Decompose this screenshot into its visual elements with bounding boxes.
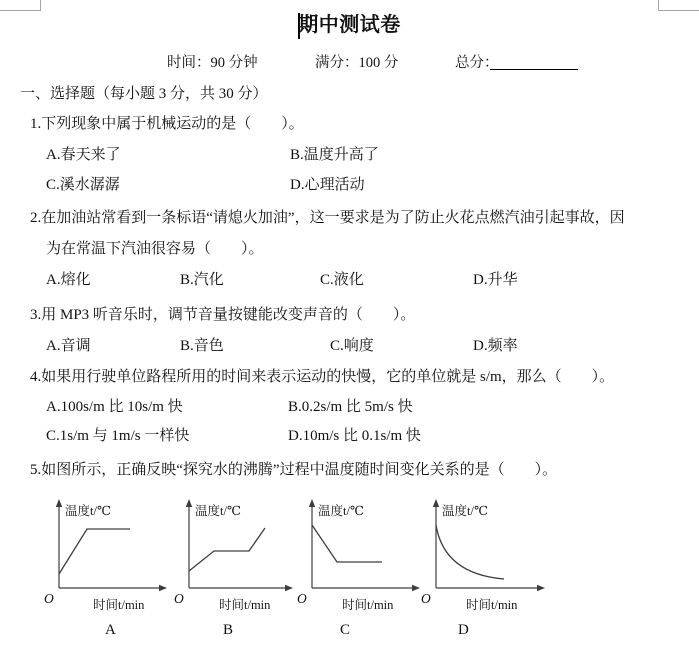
boiling-graph-b: 温度t/℃ O 时间t/min xyxy=(173,498,301,616)
graph-a-svg: 温度t/℃ O 时间t/min xyxy=(43,498,171,616)
y-axis-label: 温度t/℃ xyxy=(318,503,364,518)
question-2-text-line-1: 2.在加油站常看到一条标语“请熄火加油”，这一要求是为了防止火花点燃汽油引起事故… xyxy=(30,209,625,228)
origin-label: O xyxy=(297,591,307,606)
margin-mark-top-left-h xyxy=(0,10,40,11)
question-5-text: 5.如图所示，正确反映“探究水的沸腾”过程中温度随时间变化关系的是（ ）。 xyxy=(30,461,557,480)
question-4-option-b: B.0.2s/m 比 5m/s 快 xyxy=(288,398,413,417)
question-1-option-b: B.温度升高了 xyxy=(290,146,379,165)
question-2-option-b: B.汽化 xyxy=(180,271,224,290)
y-axis-label: 温度t/℃ xyxy=(195,503,241,518)
x-axis-label: 时间t/min xyxy=(93,597,145,612)
question-2-text-line-2: 为在常温下汽油很容易（ ）。 xyxy=(46,240,264,259)
question-2-option-c: C.液化 xyxy=(320,271,364,290)
total-score-blank-line[interactable] xyxy=(490,55,578,70)
origin-label: O xyxy=(44,591,54,606)
time-label: 时间：90 分钟 xyxy=(167,54,258,72)
graph-b-svg: 温度t/℃ O 时间t/min xyxy=(173,498,301,616)
graph-label-b: B xyxy=(223,621,233,640)
temperature-curve xyxy=(189,528,265,571)
origin-label: O xyxy=(174,591,184,606)
x-axis-label: 时间t/min xyxy=(466,597,518,612)
graph-label-c: C xyxy=(340,621,350,640)
margin-mark-top-left-v xyxy=(40,0,41,11)
graph-d-svg: 温度t/℃ O 时间t/min xyxy=(420,498,548,616)
boiling-graph-a: 温度t/℃ O 时间t/min xyxy=(43,498,171,616)
temperature-curve xyxy=(59,529,130,574)
question-1-option-c: C.溪水潺潺 xyxy=(46,176,120,195)
margin-mark-top-right-h xyxy=(658,10,699,11)
x-axis-arrow-icon xyxy=(159,585,167,591)
question-1-option-d: D.心理活动 xyxy=(290,176,365,195)
question-2-option-d: D.升华 xyxy=(473,271,518,290)
question-2-option-a: A.熔化 xyxy=(46,271,91,290)
page-title: 期中测试卷 xyxy=(0,13,699,38)
question-4-option-c: C.1s/m 与 1m/s 一样快 xyxy=(46,427,189,446)
graph-label-a: A xyxy=(105,621,116,640)
x-axis-arrow-icon xyxy=(412,585,420,591)
question-3-text: 3.用 MP3 听音乐时，调节音量按键能改变声音的（ ）。 xyxy=(30,306,415,325)
graph-c-svg: 温度t/℃ O 时间t/min xyxy=(296,498,424,616)
y-axis-label: 温度t/℃ xyxy=(65,503,111,518)
y-axis-arrow-icon xyxy=(186,499,192,507)
x-axis-arrow-icon xyxy=(285,585,293,591)
y-axis-label: 温度t/℃ xyxy=(442,503,488,518)
origin-label: O xyxy=(421,591,431,606)
question-4-option-a: A.100s/m 比 10s/m 快 xyxy=(46,398,183,417)
boiling-graph-d: 温度t/℃ O 时间t/min xyxy=(420,498,548,616)
y-axis-arrow-icon xyxy=(56,499,62,507)
question-1-text: 1.下列现象中属于机械运动的是（ ）。 xyxy=(30,115,304,134)
x-axis-label: 时间t/min xyxy=(342,597,394,612)
question-1-option-a: A.春天来了 xyxy=(46,146,121,165)
temperature-curve xyxy=(312,525,382,562)
section-heading: 一、选择题（每小题 3 分，共 30 分） xyxy=(20,85,268,104)
full-score-label: 满分：100 分 xyxy=(315,54,398,72)
question-4-option-d: D.10m/s 比 0.1s/m 快 xyxy=(288,427,421,446)
document-canvas[interactable]: 期中测试卷 时间：90 分钟 满分：100 分 总分： 一、选择题（每小题 3 … xyxy=(0,0,699,654)
y-axis-arrow-icon xyxy=(309,499,315,507)
question-3-option-b: B.音色 xyxy=(180,337,224,356)
question-3-option-a: A.音调 xyxy=(46,337,91,356)
question-3-option-c: C.响度 xyxy=(330,337,374,356)
question-3-option-d: D.频率 xyxy=(473,337,518,356)
boiling-graph-c: 温度t/℃ O 时间t/min xyxy=(296,498,424,616)
y-axis-arrow-icon xyxy=(433,499,439,507)
x-axis-arrow-icon xyxy=(537,585,545,591)
graph-label-d: D xyxy=(458,621,469,640)
temperature-curve xyxy=(436,525,504,579)
question-4-text: 4.如果用行驶单位路程所用的时间来表示运动的快慢，它的单位就是 s/m，那么（ … xyxy=(30,368,614,387)
x-axis-label: 时间t/min xyxy=(219,597,271,612)
